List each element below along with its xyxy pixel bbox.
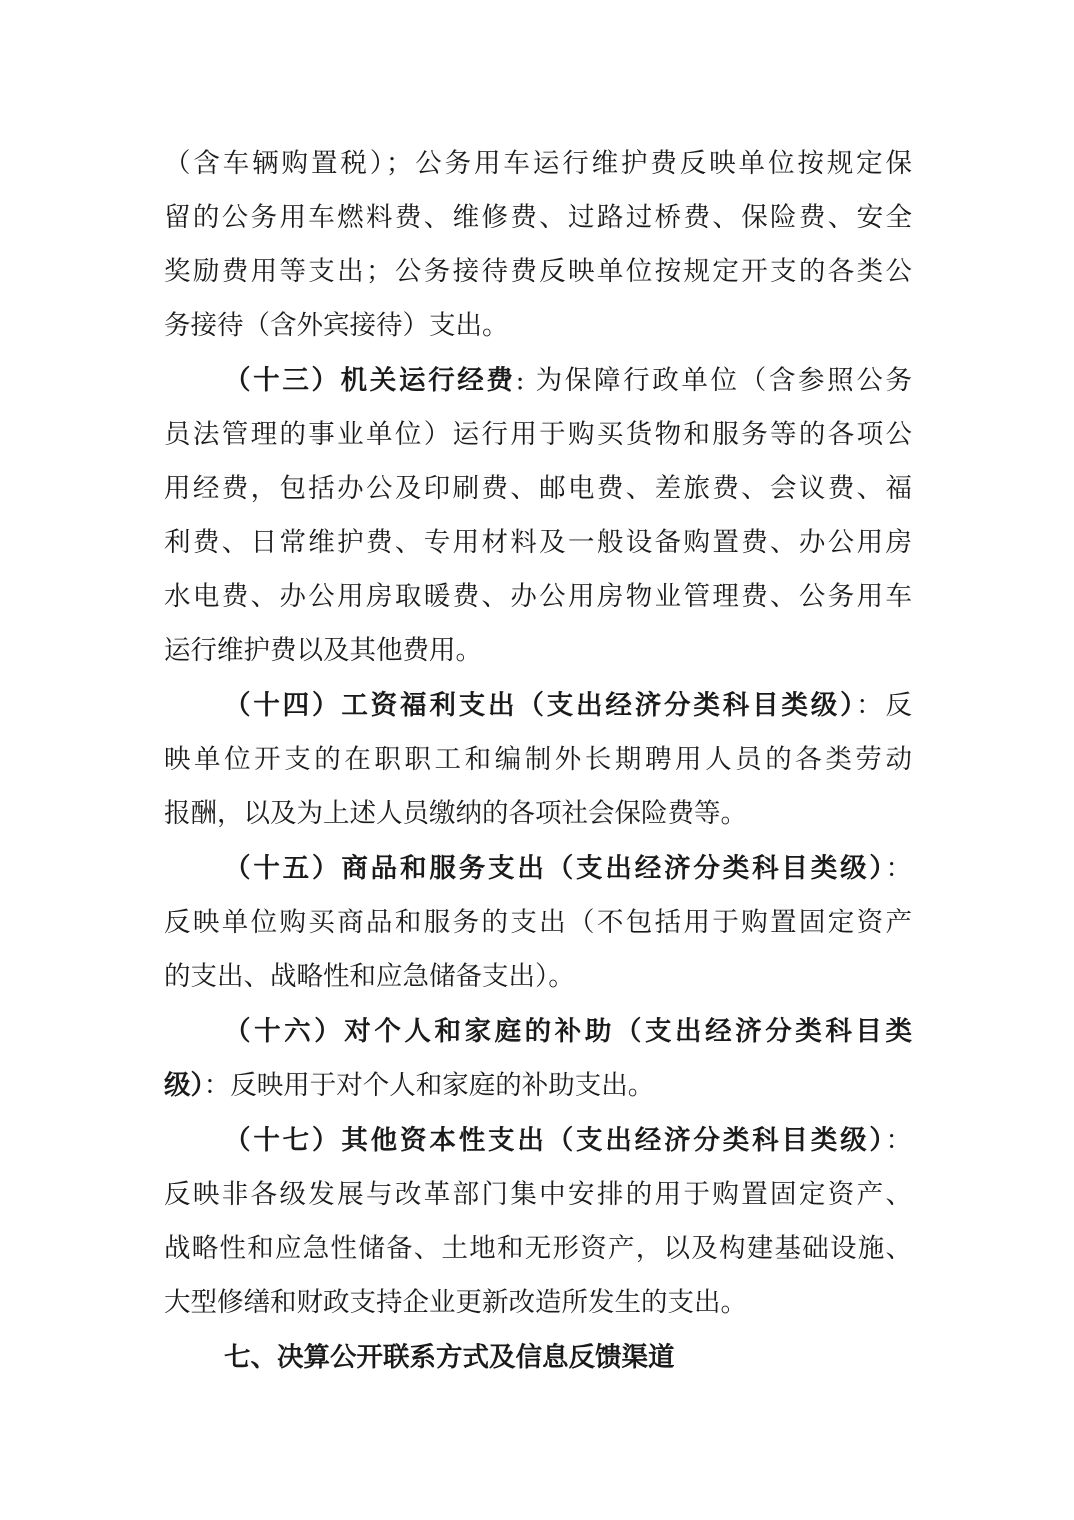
text-line: 战略性和应急性储备、土地和无形资产，以及构建基础设施、 <box>164 1229 912 1269</box>
item-title: （十四）工资福利支出（支出经济分类科目类级） <box>224 690 856 721</box>
text-line: （十五）商品和服务支出（支出经济分类科目类级）： <box>224 849 912 889</box>
text-line: （十三）机关运行经费: 为保障行政单位（含参照公务 <box>224 361 912 401</box>
text-line: 映单位开支的在职职工和编制外长期聘用人员的各类劳动 <box>164 740 912 780</box>
text-line: 奖励费用等支出；公务接待费反映单位按规定开支的各类公 <box>164 252 912 292</box>
item-text: ： <box>886 853 913 884</box>
text-line: 报酬，以及为上述人员缴纳的各项社会保险费等。 <box>164 794 912 834</box>
text-line: 的支出、战略性和应急储备支出）。 <box>164 957 912 997</box>
item-title-continued: 级） <box>164 1070 204 1101</box>
text-line: （十七）其他资本性支出（支出经济分类科目类级）： <box>224 1121 912 1161</box>
text-line: 利费、日常维护费、专用材料及一般设备购置费、办公用房 <box>164 523 912 563</box>
document-page: （含车辆购置税）；公务用车运行维护费反映单位按规定保 留的公务用车燃料费、维修费… <box>0 0 1074 1520</box>
text-line: （含车辆购置税）；公务用车运行维护费反映单位按规定保 <box>164 144 912 184</box>
item-title: （十七）其他资本性支出（支出经济分类科目类级） <box>224 1125 886 1156</box>
item-text: ：反 <box>856 690 912 721</box>
item-text: ： <box>886 1125 913 1156</box>
item-title: （十五）商品和服务支出（支出经济分类科目类级） <box>224 853 886 884</box>
text-line: （十六）对个人和家庭的补助（支出经济分类科目类 <box>224 1012 912 1052</box>
text-line: 员法管理的事业单位）运行用于购买货物和服务等的各项公 <box>164 415 912 455</box>
text-line: 反映非各级发展与改革部门集中安排的用于购置固定资产、 <box>164 1175 912 1215</box>
text-line: 留的公务用车燃料费、维修费、过路过桥费、保险费、安全 <box>164 198 912 238</box>
text-line: 大型修缮和财政支持企业更新改造所发生的支出。 <box>164 1283 912 1323</box>
text-line: 务接待（含外宾接待）支出。 <box>164 306 912 346</box>
section-heading: 七、决算公开联系方式及信息反馈渠道 <box>224 1338 912 1378</box>
item-text: : 为保障行政单位（含参照公务 <box>516 365 912 396</box>
text-line: 用经费，包括办公及印刷费、邮电费、差旅费、会议费、福 <box>164 469 912 509</box>
text-line: （十四）工资福利支出（支出经济分类科目类级）：反 <box>224 686 912 726</box>
text-line: 运行维护费以及其他费用。 <box>164 631 912 671</box>
item-title: （十三）机关运行经费 <box>224 365 516 396</box>
text-line: 水电费、办公用房取暖费、办公用房物业管理费、公务用车 <box>164 577 912 617</box>
text-line: 级）：反映用于对个人和家庭的补助支出。 <box>164 1066 912 1106</box>
item-text: ：反映用于对个人和家庭的补助支出。 <box>204 1070 655 1101</box>
item-title: （十六）对个人和家庭的补助（支出经济分类科目类 <box>224 1016 912 1047</box>
text-line: 反映单位购买商品和服务的支出（不包括用于购置固定资产 <box>164 903 912 943</box>
